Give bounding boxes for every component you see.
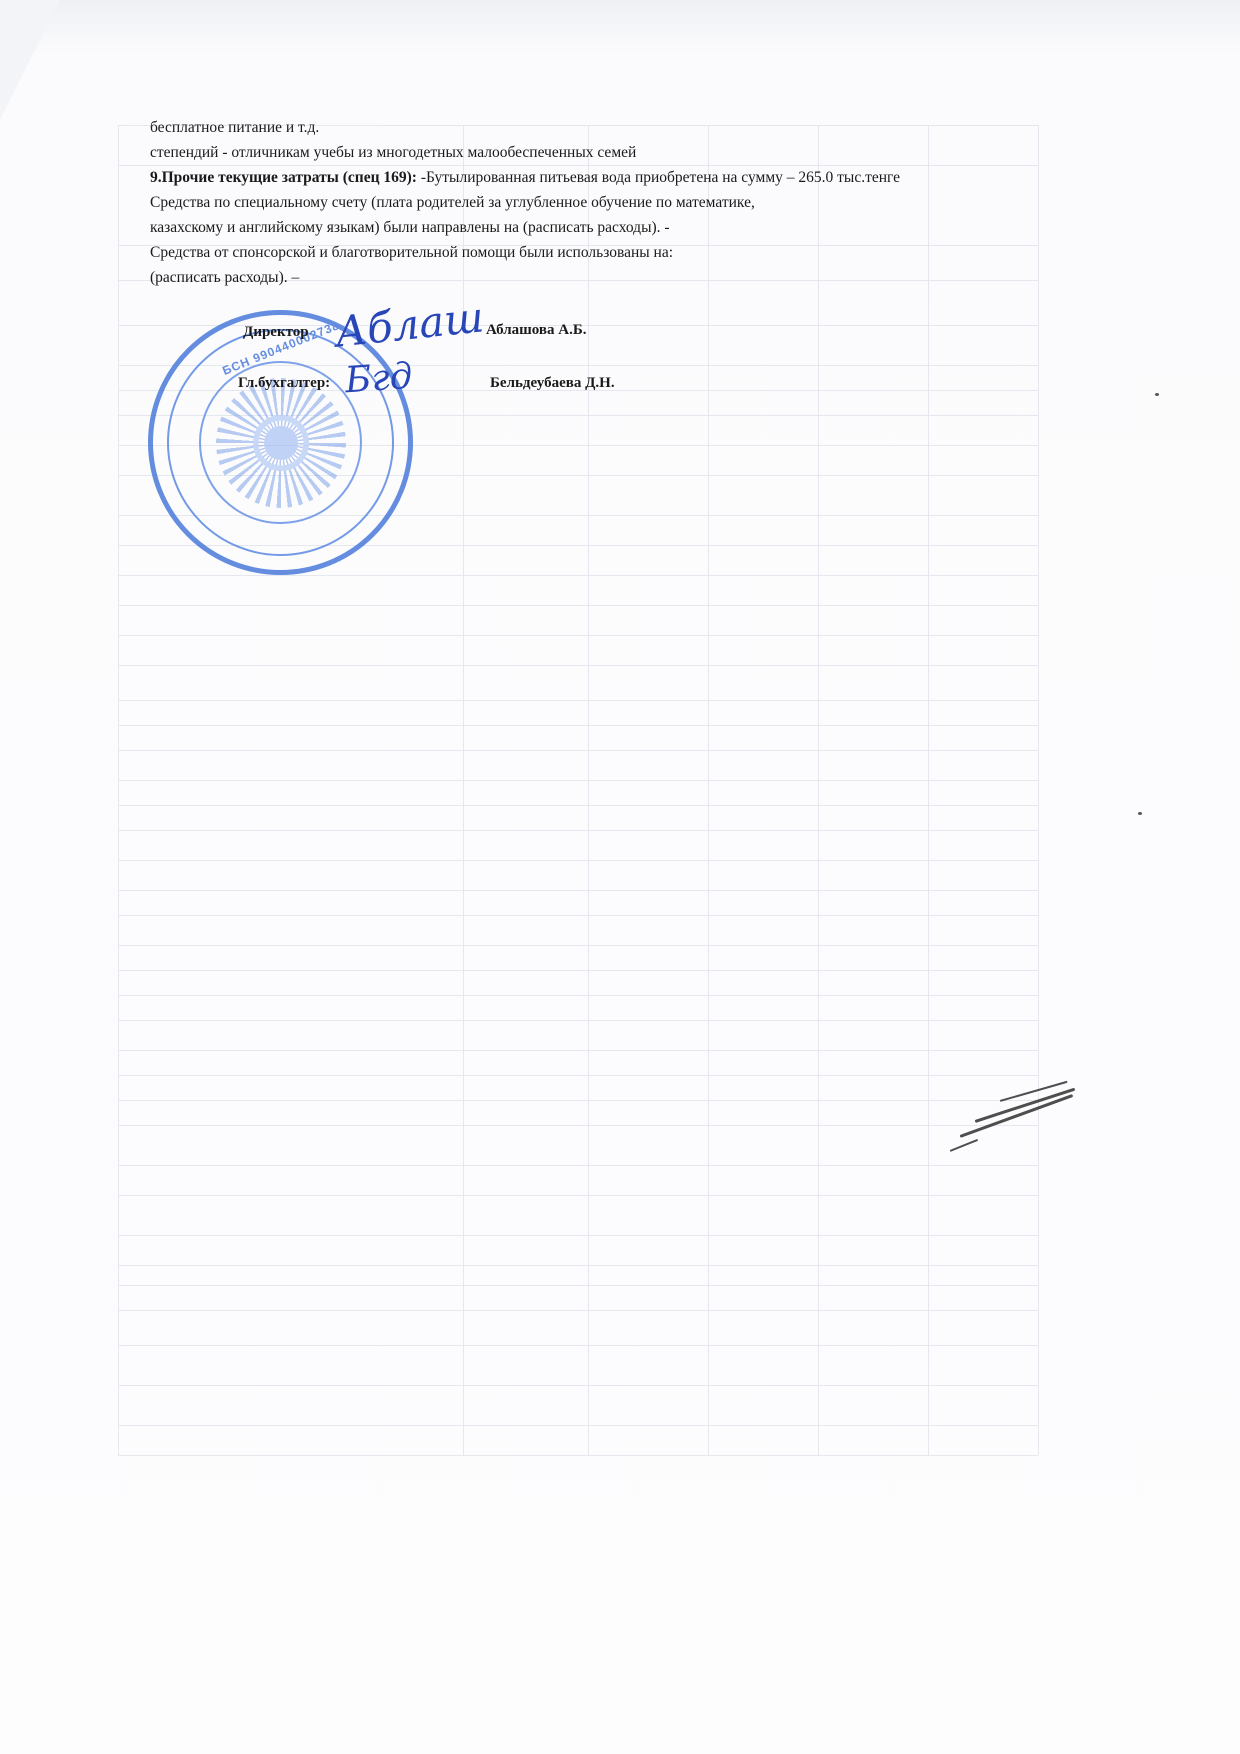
director-name: Аблашова А.Б.: [486, 322, 587, 339]
ghost-row-line: [118, 1385, 1038, 1386]
ghost-column-line: [708, 125, 709, 1455]
ghost-row-line: [118, 1455, 1038, 1456]
ghost-row-line: [118, 635, 1038, 636]
line-free-meals: бесплатное питание и т.д.: [150, 118, 319, 138]
ghost-column-line: [1038, 125, 1039, 1455]
accountant-label: Гл.бухгалтер:: [238, 375, 330, 392]
item9-text: -Бутылированная питьевая вода приобретен…: [417, 169, 900, 186]
ghost-column-line: [118, 125, 119, 1455]
ghost-row-line: [118, 1050, 1038, 1051]
line-special-account-1: Средства по специальному счету (плата ро…: [150, 193, 755, 213]
ghost-row-line: [118, 1075, 1038, 1076]
ghost-column-line: [818, 125, 819, 1455]
state-emblem-icon: [216, 378, 346, 508]
ghost-row-line: [118, 890, 1038, 891]
ghost-row-line: [118, 1165, 1038, 1166]
ghost-row-line: [118, 945, 1038, 946]
ghost-row-line: [118, 1265, 1038, 1266]
line-sponsor-1: Средства от спонсорской и благотворитель…: [150, 243, 673, 263]
ghost-row-line: [118, 725, 1038, 726]
line-special-account-2: казахскому и английскому языкам) были на…: [150, 218, 670, 238]
accountant-name: Бельдеубаева Д.Н.: [490, 375, 615, 392]
ghost-column-line: [928, 125, 929, 1455]
accountant-signature: Бгд: [344, 356, 414, 402]
ghost-row-line: [118, 665, 1038, 666]
ghost-row-line: [118, 830, 1038, 831]
line-sponsor-2: (расписать расходы). –: [150, 268, 299, 288]
ghost-row-line: [118, 915, 1038, 916]
ghost-column-line: [588, 125, 589, 1455]
ghost-row-line: [118, 805, 1038, 806]
ghost-row-line: [118, 1020, 1038, 1021]
scan-speck: [1138, 812, 1142, 815]
ghost-row-line: [118, 1310, 1038, 1311]
ghost-row-line: [118, 750, 1038, 751]
line-item9: 9.Прочие текущие затраты (спец 169): -Бу…: [150, 168, 900, 188]
ghost-row-line: [118, 605, 1038, 606]
ghost-row-line: [118, 1345, 1038, 1346]
ghost-row-line: [118, 1425, 1038, 1426]
item9-label: 9.Прочие текущие затраты (спец 169):: [150, 169, 417, 186]
scan-speck: [1155, 393, 1159, 396]
ghost-row-line: [118, 165, 1038, 166]
ghost-row-line: [118, 700, 1038, 701]
ghost-row-line: [118, 1100, 1038, 1101]
ghost-row-line: [118, 1235, 1038, 1236]
ghost-row-line: [118, 1125, 1038, 1126]
ghost-row-line: [118, 970, 1038, 971]
ghost-row-line: [118, 780, 1038, 781]
ghost-row-line: [118, 1285, 1038, 1286]
ghost-row-line: [118, 995, 1038, 996]
page-fold-corner: [0, 0, 60, 120]
director-label: Директор: [243, 324, 309, 341]
ghost-row-line: [118, 575, 1038, 576]
ghost-row-line: [118, 1195, 1038, 1196]
line-scholarships: степендий - отличникам учебы из многодет…: [150, 143, 636, 163]
ghost-row-line: [118, 860, 1038, 861]
